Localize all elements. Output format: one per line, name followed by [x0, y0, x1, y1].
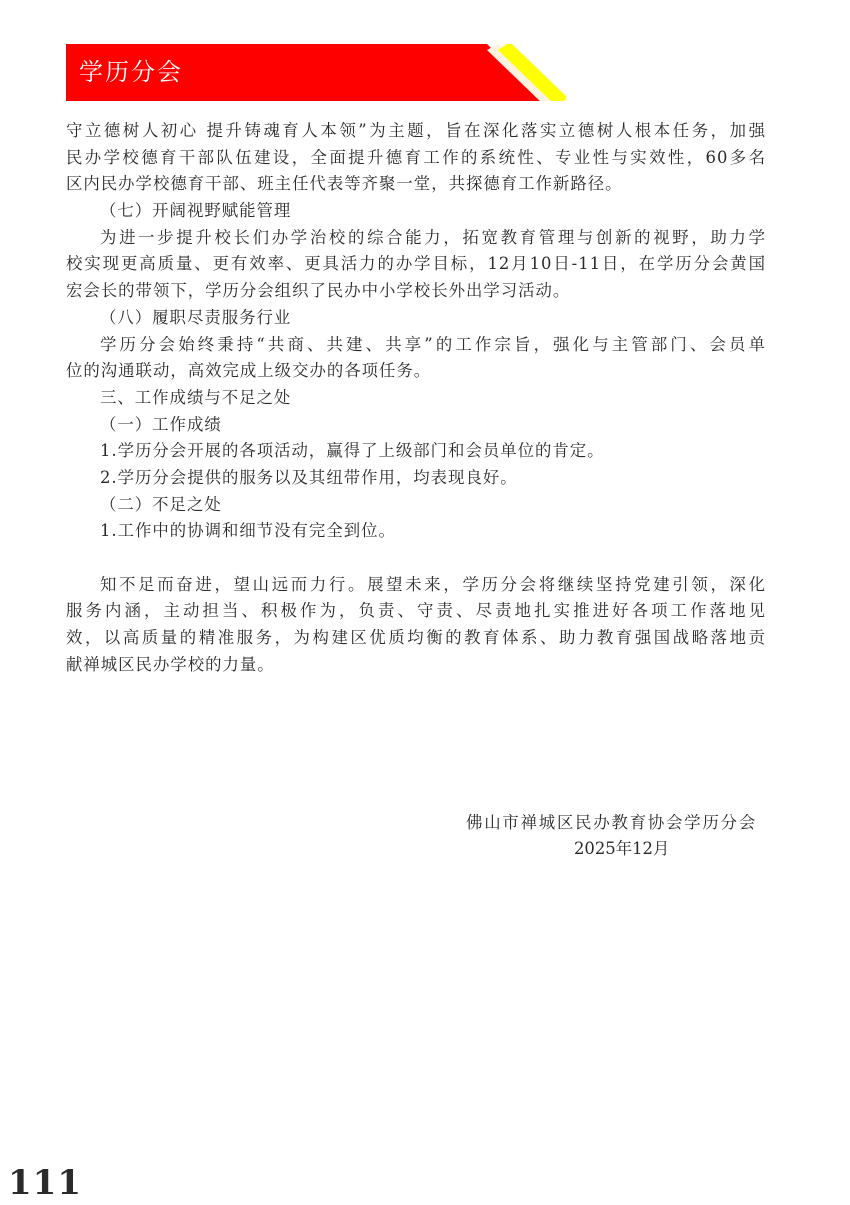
list-item: 1.工作中的协调和细节没有完全到位。 [66, 518, 766, 545]
page-number: 111 [8, 1163, 82, 1203]
paragraph-line: 学历分会始终秉持“共商、共建、共享”的工作宗旨，强化与主管部门、会员单 [66, 332, 766, 359]
paragraph-line: 民办学校德育干部队伍建设，全面提升德育工作的系统性、专业性与实效性，60多名 [66, 145, 766, 172]
subsection-heading: （一）工作成绩 [66, 412, 766, 439]
paragraph-line: 位的沟通联动，高效完成上级交办的各项任务。 [66, 358, 766, 385]
section-title: 学历分会 [79, 54, 183, 90]
signature-date: 2025年12月 [466, 836, 766, 862]
subsection-heading: （二）不足之处 [66, 492, 766, 519]
document-body: 守立德树人初心 提升铸魂育人本领”为主题，旨在深化落实立德树人根本任务，加强 民… [66, 118, 766, 678]
signature-organization: 佛山市禅城区民办教育协会学历分会 [466, 810, 766, 836]
paragraph-line: 宏会长的带领下，学历分会组织了民办中小学校长外出学习活动。 [66, 278, 766, 305]
paragraph-line: 效，以高质量的精准服务，为构建区优质均衡的教育体系、助力教育强国战略落地贡 [66, 625, 766, 652]
section-banner: 学历分会 [66, 44, 566, 101]
section-heading: 三、工作成绩与不足之处 [66, 385, 766, 412]
paragraph-line: 知不足而奋进，望山远而力行。展望未来，学历分会将继续坚持党建引领，深化 [66, 572, 766, 599]
paragraph-gap [66, 545, 766, 572]
signature-block: 佛山市禅城区民办教育协会学历分会 2025年12月 [466, 810, 766, 862]
paragraph-line: 区内民办学校德育干部、班主任代表等齐聚一堂，共探德育工作新路径。 [66, 171, 766, 198]
paragraph-line: 服务内涵，主动担当、积极作为，负责、守责、尽责地扎实推进好各项工作落地见 [66, 598, 766, 625]
subsection-heading: （八）履职尽责服务行业 [66, 305, 766, 332]
paragraph-line: 献禅城区民办学校的力量。 [66, 652, 766, 679]
paragraph-line: 校实现更高质量、更有效率、更具活力的办学目标，12月10日-11日，在学历分会黄… [66, 251, 766, 278]
paragraph-line: 守立德树人初心 提升铸魂育人本领”为主题，旨在深化落实立德树人根本任务，加强 [66, 118, 766, 145]
list-item: 2.学历分会提供的服务以及其纽带作用，均表现良好。 [66, 465, 766, 492]
list-item: 1.学历分会开展的各项活动，赢得了上级部门和会员单位的肯定。 [66, 438, 766, 465]
paragraph-line: 为进一步提升校长们办学治校的综合能力，拓宽教育管理与创新的视野，助力学 [66, 225, 766, 252]
subsection-heading: （七）开阔视野赋能管理 [66, 198, 766, 225]
